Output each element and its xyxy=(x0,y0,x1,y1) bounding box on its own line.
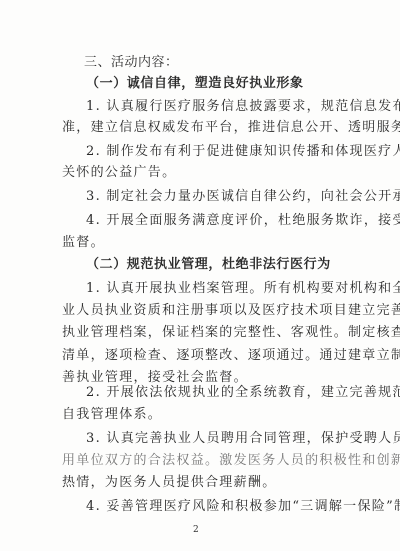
paragraph-line: 业人员执业资质和注册事项以及医疗技术项目建立完善的 xyxy=(62,303,400,319)
paragraph-line: 热情，为医务人员提供合理薪酬。 xyxy=(62,475,277,491)
paragraph-line: 2. 制作发布有利于促进健康知识传播和体现医疗人文 xyxy=(86,144,400,160)
subsection2-heading: （二）规范执业管理，杜绝非法行医行为 xyxy=(86,257,331,273)
paragraph-line: 3. 制定社会力量办医诚信自律公约，向社会公开承诺。 xyxy=(86,189,400,205)
paragraph-line: 善执业管理，接受社会监督。 xyxy=(62,370,248,386)
paragraph-line: 4. 开展全面服务满意度评价，杜绝服务欺诈，接受社会 xyxy=(86,213,400,229)
subsection1-heading: （一）诚信自律，塑造良好执业形象 xyxy=(86,76,304,92)
section-title: 三、活动内容： xyxy=(84,55,179,71)
paragraph-line: 关怀的公益广告。 xyxy=(62,165,176,181)
paragraph-line: 清单，逐项检查、逐项整改、逐项通过。通过建章立制，完 xyxy=(62,348,400,364)
paragraph-line: 3. 认真完善执业人员聘用合同管理，保护受聘人员和聘 xyxy=(86,431,400,447)
paragraph-line: 监督。 xyxy=(62,235,105,251)
paragraph-line: 执业管理档案，保证档案的完整性、客观性。制定核查项目 xyxy=(62,325,400,341)
paragraph-line: 2. 开展依法依规执业的全系统教育，建立完善规范执业 xyxy=(86,385,400,401)
page-number: 2 xyxy=(193,525,199,535)
paragraph-line: 准，建立信息权威发布平台，推进信息公开、透明服务。 xyxy=(62,120,400,136)
paragraph-line: 4. 妥善管理医疗风险和积极参加“三调解一保险”制度 xyxy=(86,499,400,515)
paragraph-line: 1. 认真履行医疗服务信息披露要求，规范信息发布标 xyxy=(86,99,400,115)
paragraph-line: 1. 认真开展执业档案管理。所有机构要对机构和全部专 xyxy=(86,281,400,297)
paragraph-line: 自我管理体系。 xyxy=(62,407,162,423)
paragraph-line: 用单位双方的合法权益。激发医务人员的积极性和创新服务 xyxy=(62,453,400,469)
